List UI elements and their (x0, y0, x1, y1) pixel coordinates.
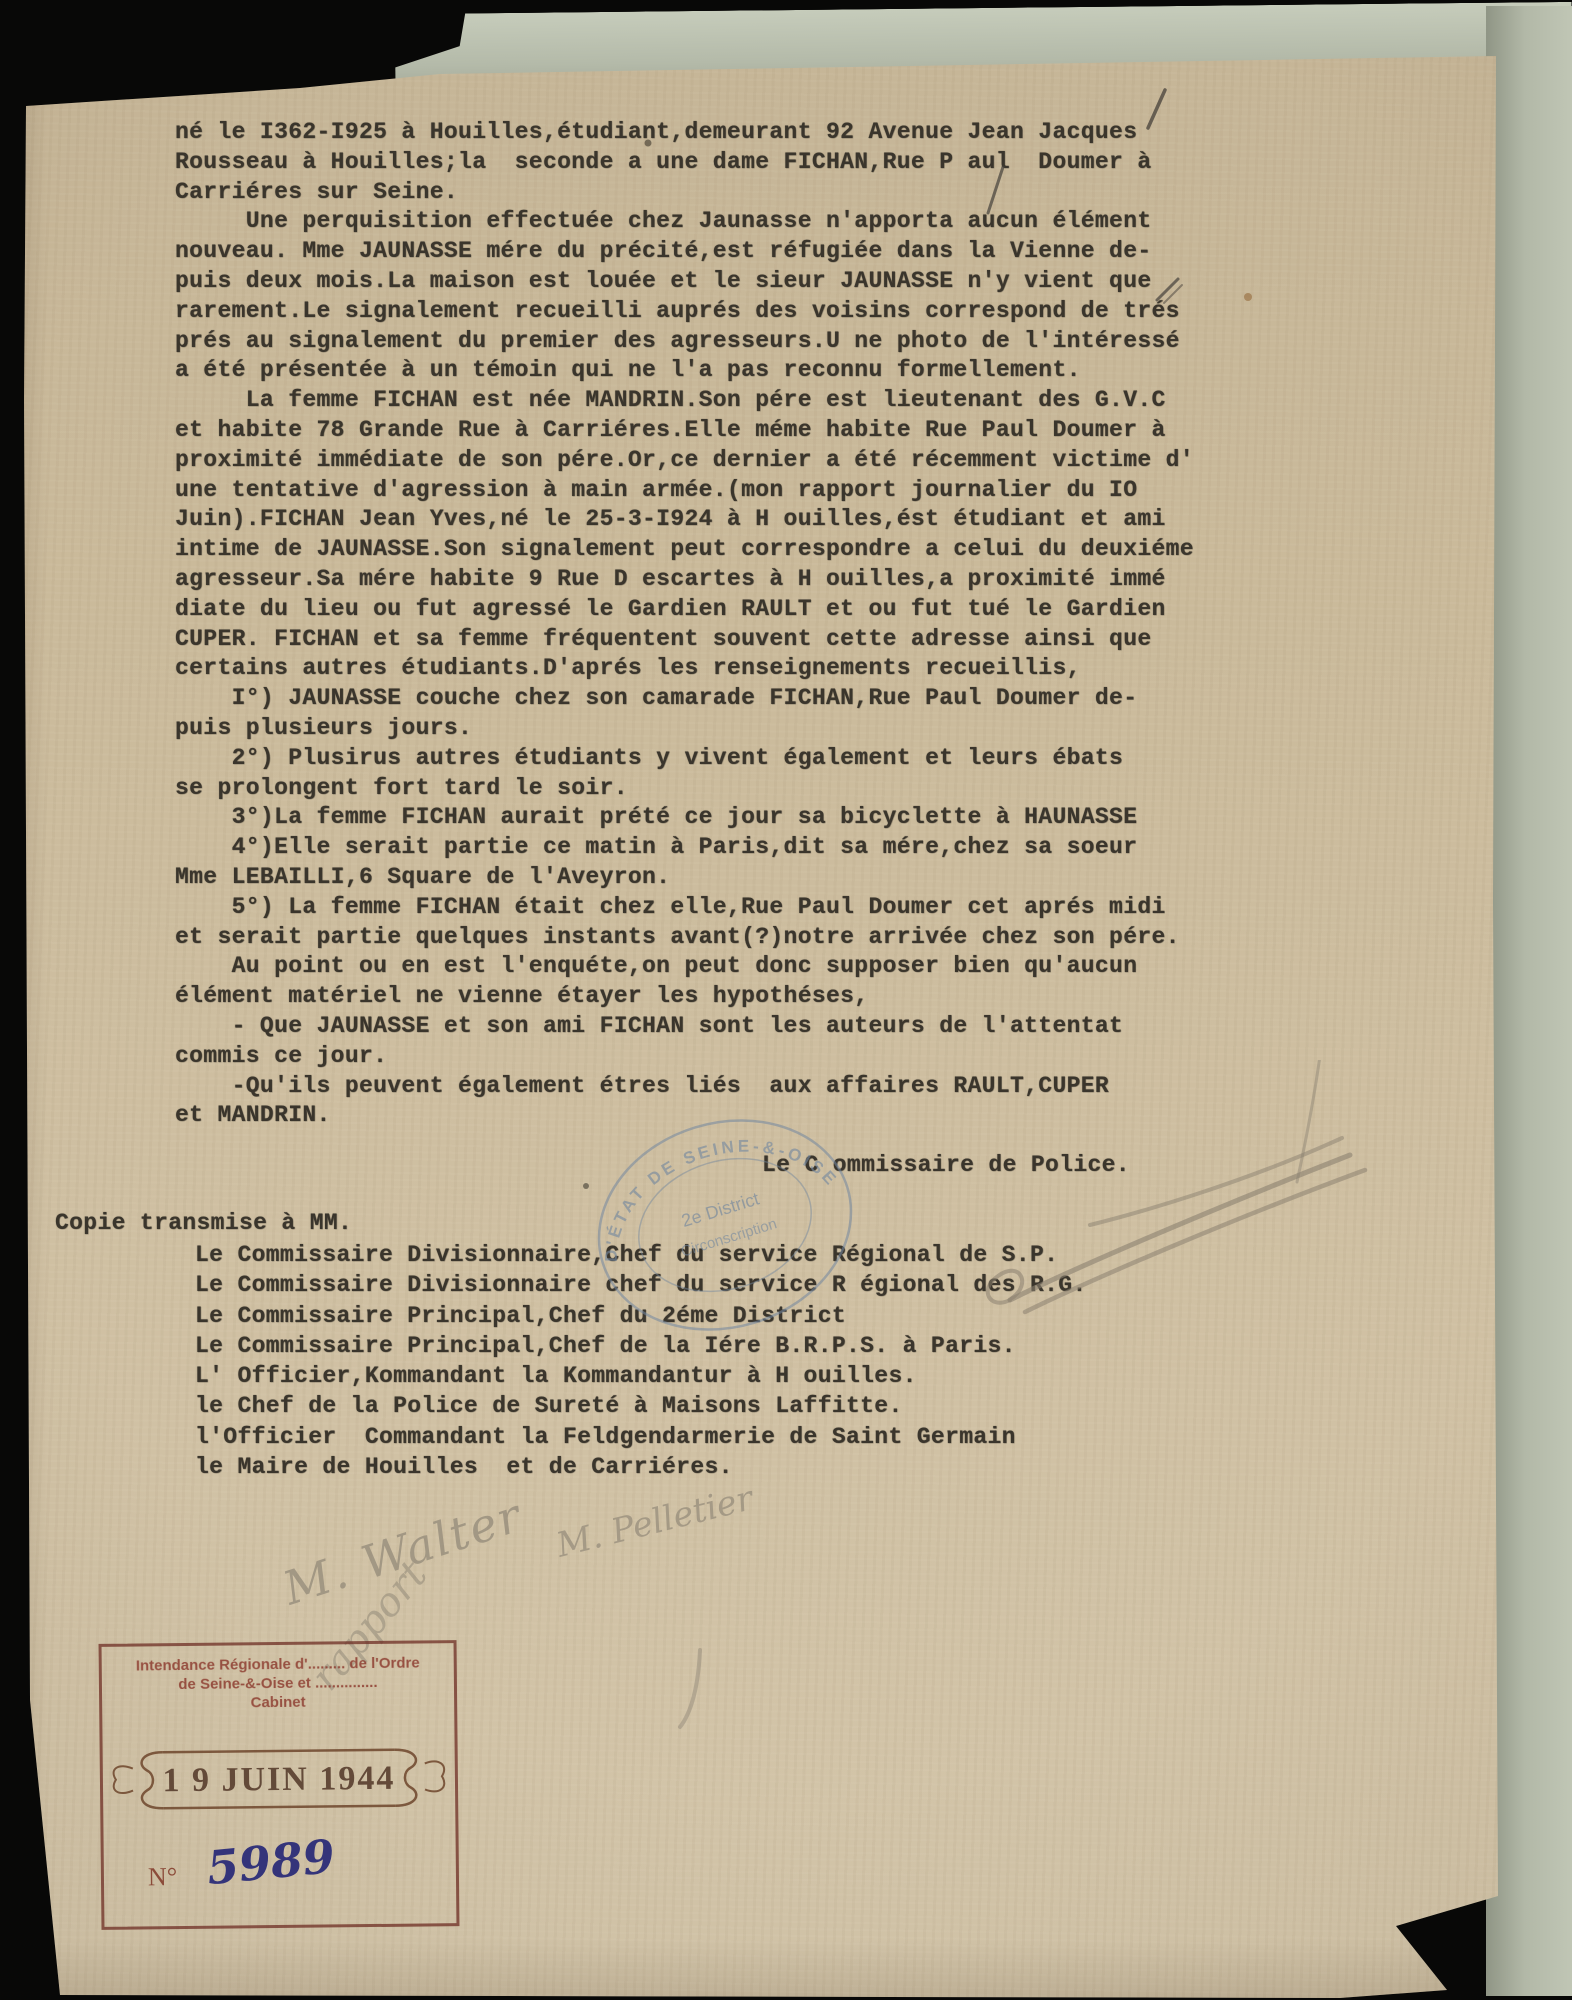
typed-line: Mme LEBAILLI,6 Square de l'Aveyron. (175, 863, 1194, 893)
closing-title: Le C ommissaire de Police. (762, 1150, 1130, 1180)
typed-line: Une perquisition effectuée chez Jaunasse… (175, 207, 1194, 237)
typed-line: diate du lieu ou fut agressé le Gardien … (175, 595, 1194, 625)
typed-line: 3°)La femme FICHAN aurait prété ce jour … (175, 803, 1194, 833)
recipient-line: L' Officier,Kommandant la Kommandantur à… (195, 1361, 1087, 1391)
typed-line: puis deux mois.La maison est louée et le… (175, 267, 1194, 297)
typed-line: 5°) La femme FICHAN était chez elle,Rue … (175, 893, 1194, 923)
typed-line: et habite 78 Grande Rue à Carriéres.Elle… (175, 416, 1194, 446)
typed-line: né le I362-I925 à Houilles,étudiant,deme… (175, 118, 1194, 148)
intendance-stamp-header: Intendance Régionale d'......... de l'Or… (102, 1643, 455, 1714)
registration-number-handwritten: 5989 (205, 1829, 338, 1895)
typed-line: et serait partie quelques instants avant… (175, 923, 1194, 953)
typed-line: La femme FICHAN est née MANDRIN.Son pére… (175, 386, 1194, 416)
typed-line: élément matériel ne vienne étayer les hy… (175, 982, 1194, 1012)
typed-line: proximité immédiate de son pére.Or,ce de… (175, 446, 1194, 476)
copy-note: Copie transmise à MM. (55, 1208, 352, 1238)
intendance-header-line1: Intendance Régionale d'......... de l'Or… (102, 1653, 454, 1676)
recipient-line: Le Commissaire Principal,Chef du 2éme Di… (195, 1301, 1087, 1331)
typed-line: certains autres étudiants.D'aprés les re… (175, 654, 1194, 684)
recipient-line: l'Officier Commandant la Feldgendarmerie… (195, 1422, 1087, 1452)
typed-line: commis ce jour. (175, 1042, 1194, 1072)
typed-line: Juin).FICHAN Jean Yves,né le 25-3-I924 à… (175, 505, 1194, 535)
typed-text-block: né le I362-I925 à Houilles,étudiant,deme… (175, 118, 1194, 1131)
typed-line: Au point ou en est l'enquéte,on peut don… (175, 952, 1194, 982)
typed-line: intime de JAUNASSE.Son signalement peut … (175, 535, 1194, 565)
recipient-line: Le Commissaire Divisionnaire chef du ser… (195, 1270, 1087, 1300)
recipient-line: le Maire de Houilles et de Carriéres. (195, 1452, 1087, 1482)
typed-line: CUPER. FICHAN et sa femme fréquentent so… (175, 625, 1194, 655)
typed-line: - Que JAUNASSE et son ami FICHAN sont le… (175, 1012, 1194, 1042)
registration-number-row: N° 5989 (148, 1840, 336, 1896)
typed-line: Carriéres sur Seine. (175, 178, 1194, 208)
typed-line: puis plusieurs jours. (175, 714, 1194, 744)
typed-line: et MANDRIN. (175, 1101, 1194, 1131)
typed-line: se prolongent fort tard le soir. (175, 774, 1194, 804)
underlying-sheet-right-edge (1486, 6, 1572, 1996)
typed-line: 2°) Plusirus autres étudiants y vivent é… (175, 744, 1194, 774)
typed-line: nouveau. Mme JAUNASSE mére du précité,es… (175, 237, 1194, 267)
handwriting-walter: M. Walter (276, 1487, 530, 1615)
typed-line: 4°)Elle serait partie ce matin à Paris,d… (175, 833, 1194, 863)
ink-speck-middle (583, 1183, 589, 1189)
recipient-line: Le Commissaire Principal,Chef de la Iére… (195, 1331, 1087, 1361)
typed-line: agresseur.Sa mére habite 9 Rue D escarte… (175, 565, 1194, 595)
date-stamp: 1 9 JUIN 1944 (103, 1735, 456, 1823)
typed-line: rarement.Le signalement recueilli auprés… (175, 297, 1194, 327)
date-stamp-text: 1 9 JUIN 1944 (162, 1760, 395, 1799)
number-label: N° (148, 1862, 177, 1891)
rust-spot (1244, 293, 1252, 301)
intendance-stamp-box: Intendance Régionale d'......... de l'Or… (99, 1640, 460, 1930)
recipient-line: Le Commissaire Divisionnaire,Chef du ser… (195, 1240, 1087, 1270)
recipient-line: le Chef de la Police de Sureté à Maisons… (195, 1391, 1087, 1421)
document-paper: né le I362-I925 à Houilles,étudiant,deme… (0, 0, 1572, 2000)
pencil-tail-stroke (680, 1650, 700, 1727)
stamp-district-text: 2e District (679, 1188, 761, 1231)
intendance-header-line3: Cabinet (102, 1691, 454, 1714)
typed-line: I°) JAUNASSE couche chez son camarade FI… (175, 684, 1194, 714)
typed-line: prés au signalement du premier des agres… (175, 327, 1194, 357)
typed-line: Rousseau à Houilles;la seconde a une dam… (175, 148, 1194, 178)
recipients-list: Le Commissaire Divisionnaire,Chef du ser… (195, 1240, 1087, 1482)
typed-line: une tentative d'agression à main armée.(… (175, 476, 1194, 506)
typed-line: a été présentée à un témoin qui ne l'a p… (175, 356, 1194, 386)
handwriting-pelletier: M. Pelletier (552, 1478, 759, 1566)
typed-line: -Qu'ils peuvent également étres liés aux… (175, 1072, 1194, 1102)
scanned-document-page: né le I362-I925 à Houilles,étudiant,deme… (0, 0, 1572, 2000)
